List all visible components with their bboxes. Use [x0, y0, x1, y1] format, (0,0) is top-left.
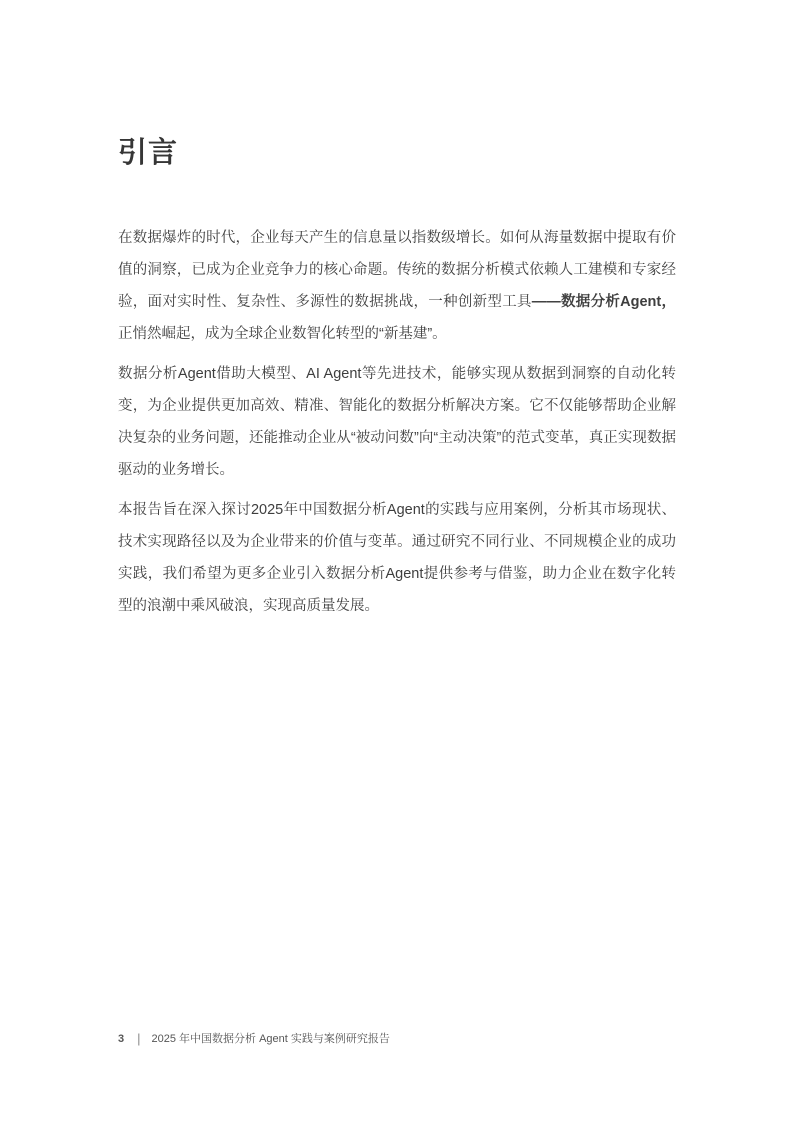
- paragraph-3: 本报告旨在深入探讨2025年中国数据分析Agent的实践与应用案例，分析其市场现…: [118, 494, 676, 622]
- body-content: 在数据爆炸的时代，企业每天产生的信息量以指数级增长。如何从海量数据中提取有价值的…: [118, 222, 676, 622]
- footer-report-title: 2025 年中国数据分析 Agent 实践与案例研究报告: [152, 1031, 390, 1047]
- section-title: 引言: [118, 135, 178, 172]
- page-footer: 3 | 2025 年中国数据分析 Agent 实践与案例研究报告: [118, 1031, 390, 1047]
- page-number: 3: [118, 1031, 124, 1047]
- paragraph-1: 在数据爆炸的时代，企业每天产生的信息量以指数级增长。如何从海量数据中提取有价值的…: [118, 222, 676, 350]
- text-run-bold: ——数据分析Agent，: [532, 294, 676, 310]
- report-page: 引言 在数据爆炸的时代，企业每天产生的信息量以指数级增长。如何从海量数据中提取有…: [0, 0, 793, 1122]
- paragraph-2: 数据分析Agent借助大模型、AI Agent等先进技术，能够实现从数据到洞察的…: [118, 358, 676, 486]
- text-run: 正悄然崛起，成为全球企业数智化转型的“新基建”。: [118, 326, 447, 342]
- footer-separator: |: [137, 1031, 140, 1047]
